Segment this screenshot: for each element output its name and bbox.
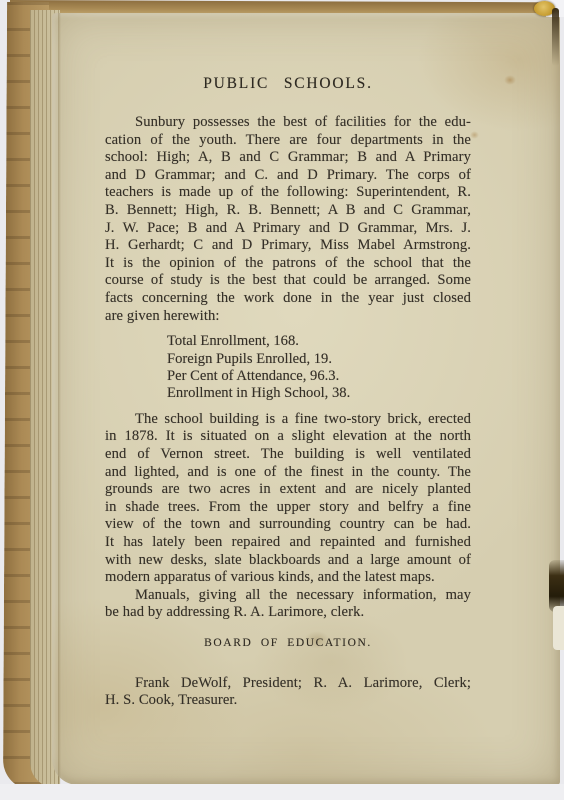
text-line: be had by addressing R. A. Larimore, cle… xyxy=(105,604,471,622)
text-line: facts concerning the work done in the ye… xyxy=(105,290,471,308)
book-page: PUBLIC SCHOOLS. Sunbury possesses the be… xyxy=(52,13,560,785)
paragraph-intro: Sunbury possesses the best of facilities… xyxy=(105,114,471,325)
text-line: Foreign Pupils Enrolled, 19. xyxy=(167,351,471,368)
paragraph-building: The school building is a fine two-story … xyxy=(105,411,471,587)
text-line: course of study is the best that could b… xyxy=(105,272,471,290)
text-line: H. S. Cook, Treasurer. xyxy=(105,692,471,710)
text-line: in 1878. It is situated on a slight elev… xyxy=(105,428,471,446)
text-line: cation of the youth. There are four depa… xyxy=(105,132,471,150)
paper-stain xyxy=(470,131,479,139)
text-line: and lighted, and is one of the finest in… xyxy=(105,464,471,482)
page-gap-shadow-right xyxy=(549,560,564,612)
text-line: It has lately been repaired and repainte… xyxy=(105,534,471,552)
page-crease xyxy=(58,13,61,785)
paper-stain xyxy=(504,75,516,85)
text-line: school: High; A, B and C Grammar; B and … xyxy=(105,149,471,167)
text-line: Frank DeWolf, President; R. A. Larimore,… xyxy=(105,675,471,693)
paragraph-board-members: Frank DeWolf, President; R. A. Larimore,… xyxy=(105,675,471,710)
page-edge-sliver xyxy=(553,606,564,650)
text-column: PUBLIC SCHOOLS. Sunbury possesses the be… xyxy=(105,75,471,710)
text-line: grounds are two acres in extent and are … xyxy=(105,481,471,499)
text-line: end of Vernon street. The building is we… xyxy=(105,446,471,464)
book-photo: PUBLIC SCHOOLS. Sunbury possesses the be… xyxy=(0,0,564,800)
text-line: Per Cent of Attendance, 96.3. xyxy=(167,368,471,385)
text-line: It is the opinion of the patrons of the … xyxy=(105,255,471,273)
text-line: Sunbury possesses the best of facilities… xyxy=(105,114,471,132)
section-heading-board-of-education: BOARD OF EDUCATION. xyxy=(105,637,471,649)
text-line: H. Gerhardt; C and D Primary, Miss Mabel… xyxy=(105,237,471,255)
page-title: PUBLIC SCHOOLS. xyxy=(105,75,471,93)
text-line: modern apparatus of various kinds, and t… xyxy=(105,569,471,587)
text-line: The school building is a fine two-story … xyxy=(105,411,471,429)
text-line: are given herewith: xyxy=(105,308,471,326)
paragraph-manuals: Manuals, giving all the necessary inform… xyxy=(105,587,471,622)
text-line: Enrollment in High School, 38. xyxy=(167,385,471,402)
text-line: in shade trees. From the upper story and… xyxy=(105,499,471,517)
text-line: with new desks, slate blackboards and a … xyxy=(105,552,471,570)
text-line: J. W. Pace; B and A Primary and D Gramma… xyxy=(105,220,471,238)
text-line: Manuals, giving all the necessary inform… xyxy=(105,587,471,605)
page-gap-shadow-top xyxy=(552,8,559,66)
backdrop-bottom xyxy=(0,784,564,800)
enrollment-stats-list: Total Enrollment, 168.Foreign Pupils Enr… xyxy=(167,333,471,403)
text-line: B. Bennett; High, R. B. Bennett; A B and… xyxy=(105,202,471,220)
text-line: Total Enrollment, 168. xyxy=(167,333,471,350)
text-line: view of the town and surrounding country… xyxy=(105,516,471,534)
text-line: teachers is made up of the following: Su… xyxy=(105,184,471,202)
text-line: and D Grammar; and C. and D Primary. The… xyxy=(105,167,471,185)
